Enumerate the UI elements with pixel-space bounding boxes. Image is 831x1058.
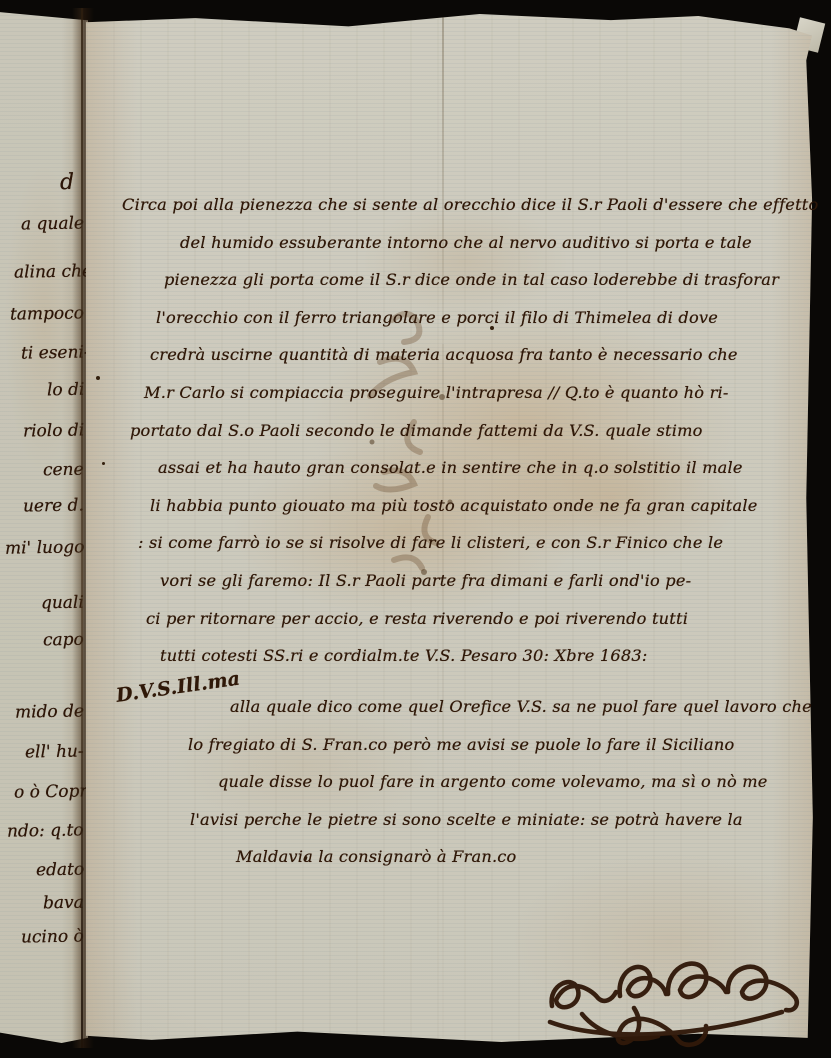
letter-line: del humido essuberante intorno che al ne… (180, 224, 814, 262)
letter-line: tutti cotesti SS.ri e cordialm.te V.S. P… (160, 637, 814, 675)
letter-line: portato dal S.o Paoli secondo le dimande… (130, 412, 814, 450)
letter-line: li habbia punto giouato ma più tosto acq… (150, 487, 814, 525)
letter-line: alla quale dico come quel Orefice V.S. s… (230, 688, 812, 726)
manuscript-scan: d a quale alina che tampoco ti eseni- lo… (0, 0, 831, 1058)
letter-line: : si come farrò io se si risolve di fare… (138, 524, 814, 562)
letter-line: l'avisi perche le pietre si sono scelte … (190, 801, 812, 839)
letter-line: vori se gli faremo: Il S.r Paoli parte f… (160, 562, 814, 600)
letter-line: Maldavia la consignarò à Fran.co (236, 838, 812, 876)
letter-line: ci per ritornare per accio, e resta rive… (146, 600, 814, 638)
letter-line: Circa poi alla pienezza che si sente al … (122, 186, 814, 224)
letter-paragraph-1: Circa poi alla pienezza che si sente al … (122, 186, 814, 675)
letter-line: quale disse lo puol fare in argento come… (218, 763, 812, 801)
letter-paragraph-2: alla quale dico come quel Orefice V.S. s… (188, 688, 812, 876)
signature (538, 948, 810, 1058)
letter-line: M.r Carlo si compiaccia proseguire l'int… (144, 374, 814, 412)
letter-line: assai et ha hauto gran consolat.e in sen… (158, 449, 814, 487)
letter-line: lo fregiato di S. Fran.co però me avisi … (188, 726, 812, 764)
letter-line: pienezza gli porta come il S.r dice onde… (164, 261, 814, 299)
ink-spot (102, 462, 105, 465)
letter-line: l'orecchio con il ferro triangolare e po… (156, 299, 814, 337)
letter-line: credrà uscirne quantità di materia acquo… (150, 336, 814, 374)
page-fold-crease (81, 8, 83, 1048)
ink-spot (96, 376, 100, 380)
